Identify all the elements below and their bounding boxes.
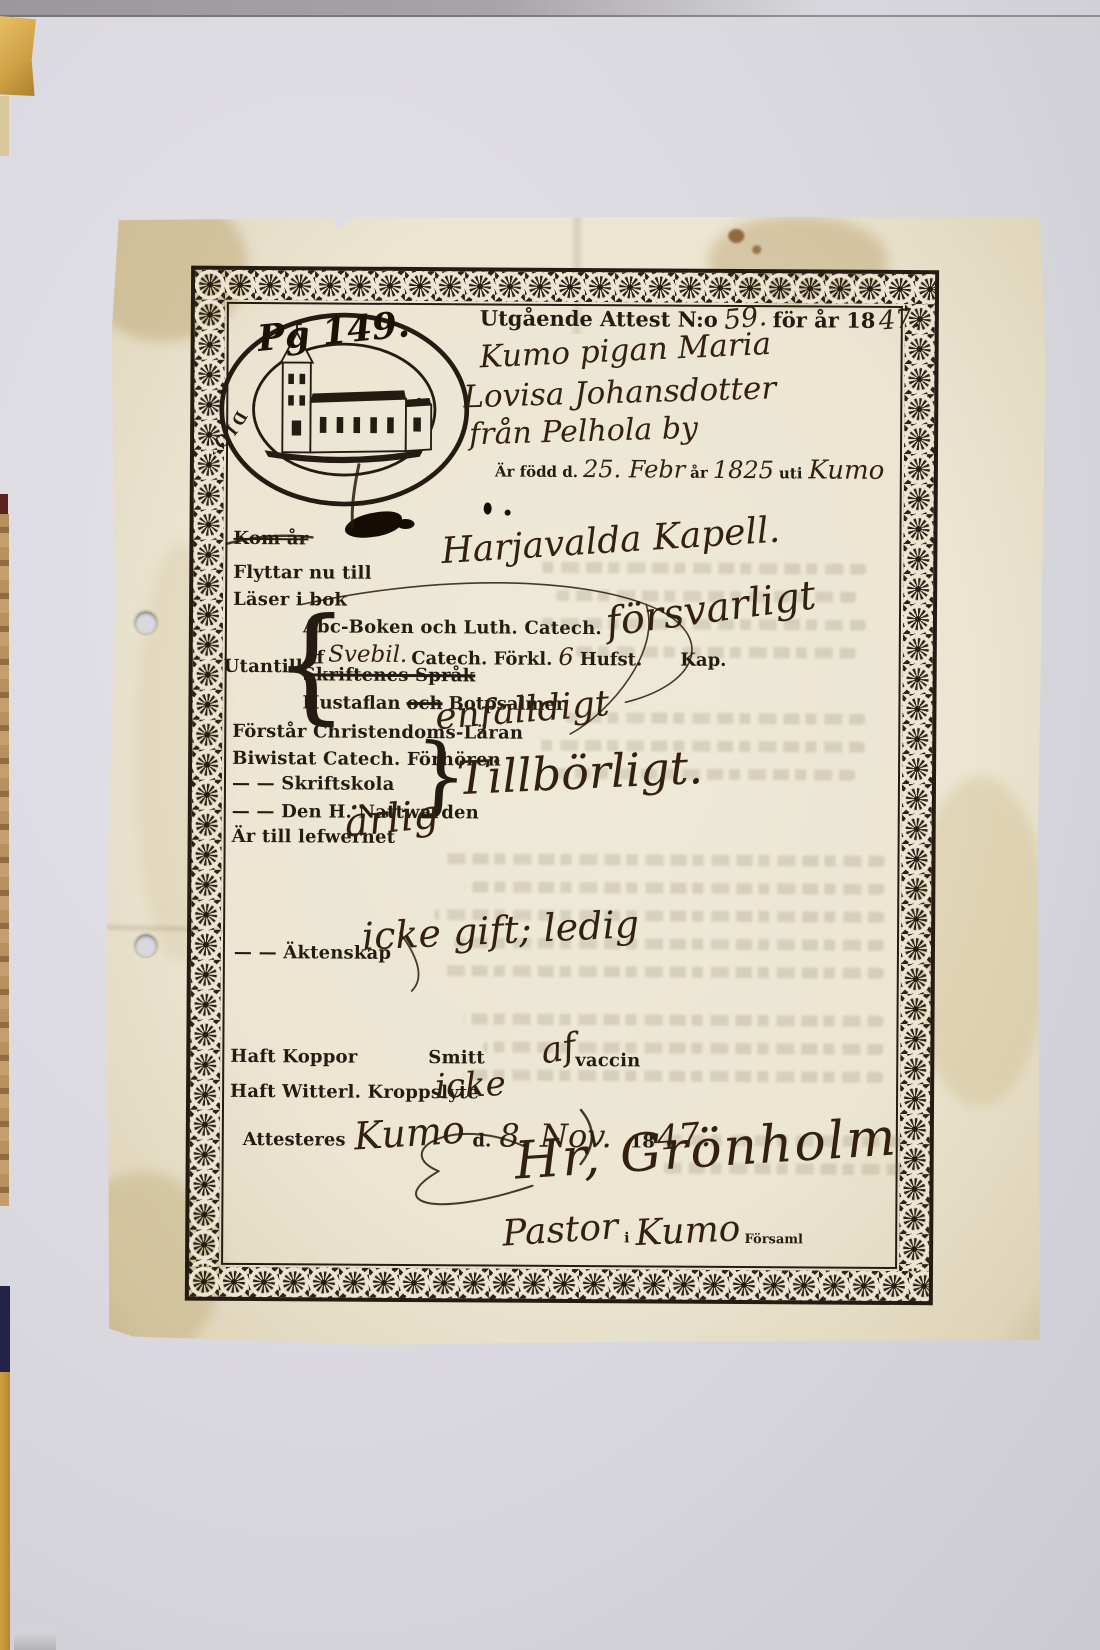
ink-flourishes [102, 211, 1047, 1349]
book-edge-gold [0, 1372, 10, 1650]
book-edge-maroon [0, 494, 8, 514]
book-edge-navy [0, 1286, 10, 1372]
photo-of-document: { "colors": { "backdrop": "#d9d8de", "pa… [0, 0, 1100, 1650]
table-edge [0, 0, 1100, 17]
left-edge-paper-sliver [0, 96, 9, 156]
paper-sheet: Utgående Attest N:o 59. för år 18 47. DI… [102, 211, 1047, 1349]
bottom-edge-object [14, 1631, 56, 1650]
book-edge-brown [0, 514, 9, 1206]
corner-object-yellow [0, 16, 36, 96]
